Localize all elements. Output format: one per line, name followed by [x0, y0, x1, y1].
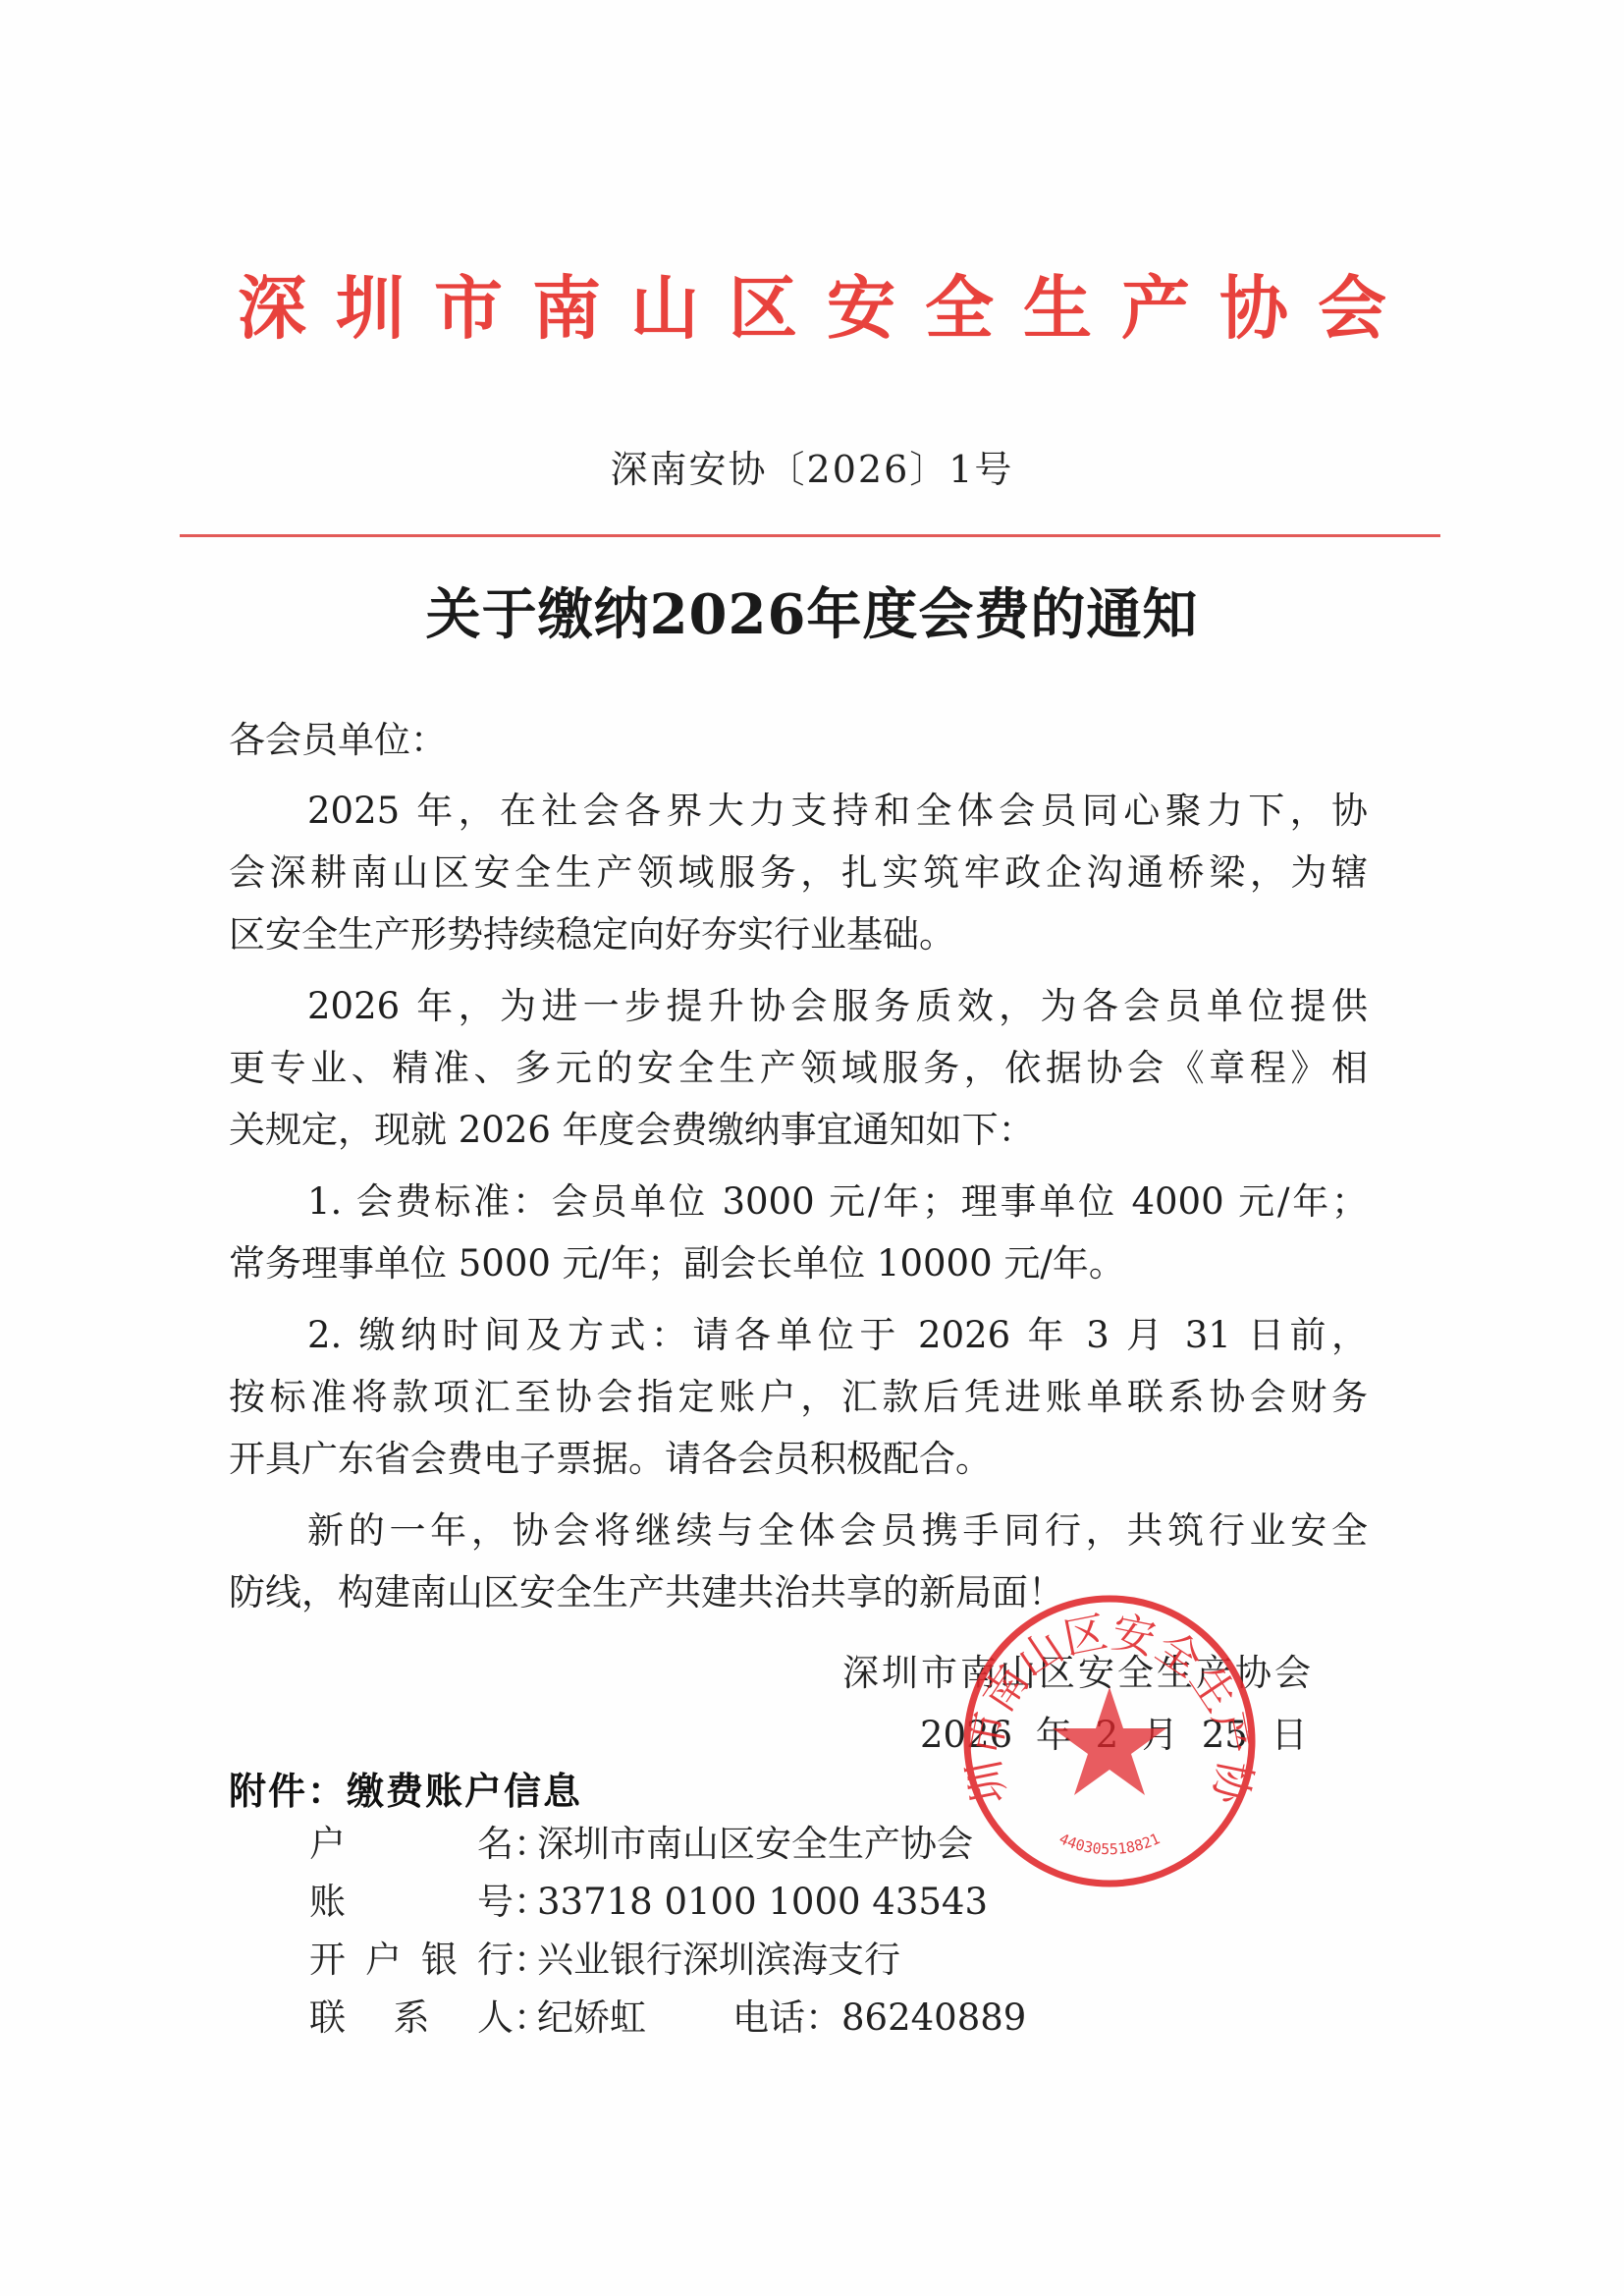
- text-line: 1. 会费标准：会员单位 3000 元/年；理事单位 4000 元/年；: [229, 1171, 1368, 1232]
- attachment-title: 附件：缴费账户信息: [229, 1761, 582, 1815]
- bank-row: 开户银行 ： 兴业银行深圳滨海支行: [309, 1931, 1026, 1989]
- account-number-label: 账号: [309, 1873, 514, 1931]
- text-line: 常务理事单位 5000 元/年；副会长单位 10000 元/年。: [229, 1232, 1368, 1294]
- account-number-row: 账号 ： 33718 0100 1000 43543: [309, 1873, 1026, 1931]
- bank-label: 开户银行: [309, 1931, 514, 1989]
- bank-value: 兴业银行深圳滨海支行: [533, 1931, 900, 1989]
- text-line: 2. 缴纳时间及方式：请各单位于 2026 年 3 月 31 日前，: [229, 1304, 1368, 1366]
- account-name-row: 户名 ： 深圳市南山区安全生产协会: [309, 1815, 1026, 1873]
- payment-account-info: 户名 ： 深圳市南山区安全生产协会 账号 ： 33718 0100 1000 4…: [309, 1815, 1026, 2047]
- text-line: 关规定，现就 2026 年度会费缴纳事宜通知如下：: [229, 1099, 1368, 1161]
- phone-label: 电话：: [732, 1989, 841, 2047]
- account-number-value: 33718 0100 1000 43543: [533, 1873, 988, 1931]
- salutation: 各会员单位：: [229, 709, 1368, 771]
- text-line: 会深耕南山区安全生产领域服务，扎实筑牢政企沟通桥梁，为辖: [229, 842, 1368, 903]
- text-line: 2026 年，为进一步提升协会服务质效，为各会员单位提供: [229, 975, 1368, 1037]
- seal-code-text: 440305518821: [1056, 1830, 1163, 1858]
- text-line: 新的一年，协会将继续与全体会员携手同行，共筑行业安全: [229, 1500, 1368, 1561]
- paragraph-payment-method: 2. 缴纳时间及方式：请各单位于 2026 年 3 月 31 日前， 按标准将款…: [229, 1304, 1368, 1490]
- star-icon: [1053, 1687, 1166, 1795]
- text-line: 区安全生产形势持续稳定向好夯实行业基础。: [229, 903, 1368, 965]
- document-title: 关于缴纳2026年度会费的通知: [0, 572, 1624, 650]
- contact-row: 联系人 ： 纪娇虹 电话： 86240889: [309, 1989, 1026, 2047]
- text-line: 开具广东省会费电子票据。请各会员积极配合。: [229, 1428, 1368, 1490]
- phone-value: 86240889: [841, 1989, 1026, 2047]
- account-name-value: 深圳市南山区安全生产协会: [533, 1815, 973, 1873]
- red-divider: [180, 534, 1440, 537]
- document-number: 深南安协〔2026〕1号: [0, 439, 1624, 493]
- text-line: 2025 年，在社会各界大力支持和全体会员同心聚力下，协: [229, 780, 1368, 842]
- account-name-label: 户名: [309, 1815, 514, 1873]
- text-line: 更专业、精准、多元的安全生产领域服务，依据协会《章程》相: [229, 1037, 1368, 1099]
- org-letterhead: 深圳市南山区安全生产协会: [0, 253, 1624, 353]
- document-page: 深圳市南山区安全生产协会 深南安协〔2026〕1号 关于缴纳2026年度会费的通…: [0, 0, 1624, 2296]
- paragraph-review-2025: 2025 年，在社会各界大力支持和全体会员同心聚力下，协 会深耕南山区安全生产领…: [229, 780, 1368, 965]
- text-line: 按标准将款项汇至协会指定账户，汇款后凭进账单联系协会财务: [229, 1366, 1368, 1428]
- contact-label: 联系人: [309, 1989, 514, 2047]
- paragraph-fee-standard: 1. 会费标准：会员单位 3000 元/年；理事单位 4000 元/年； 常务理…: [229, 1171, 1368, 1294]
- contact-name-value: 纪娇虹: [533, 1989, 646, 2047]
- notice-body: 各会员单位： 2025 年，在社会各界大力支持和全体会员同心聚力下，协 会深耕南…: [229, 709, 1368, 1633]
- paragraph-intro-2026: 2026 年，为进一步提升协会服务质效，为各会员单位提供 更专业、精准、多元的安…: [229, 975, 1368, 1161]
